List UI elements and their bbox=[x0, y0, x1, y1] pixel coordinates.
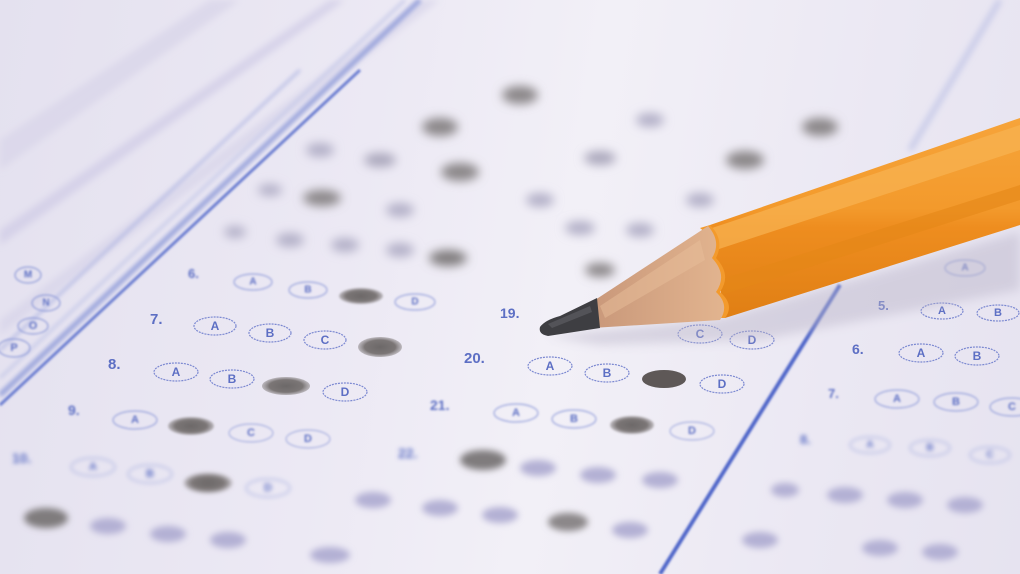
svg-text:B: B bbox=[926, 443, 933, 454]
svg-text:A: A bbox=[172, 365, 181, 379]
question-row-20: 20. A B D bbox=[464, 350, 744, 393]
svg-text:A: A bbox=[211, 319, 220, 333]
svg-text:A: A bbox=[249, 277, 256, 288]
answer-sheet-photo: M N O P bbox=[0, 0, 1020, 574]
left-letter-column bbox=[0, 0, 440, 335]
svg-text:D: D bbox=[264, 482, 272, 494]
right-question-row-7: 7. A B C bbox=[828, 386, 1020, 416]
svg-text:10.: 10. bbox=[12, 450, 31, 466]
svg-text:B: B bbox=[603, 366, 612, 380]
svg-text:D: D bbox=[411, 297, 418, 308]
svg-text:B: B bbox=[304, 285, 311, 296]
svg-text:6.: 6. bbox=[188, 266, 199, 281]
svg-text:N: N bbox=[42, 298, 49, 309]
svg-text:7.: 7. bbox=[150, 311, 163, 328]
svg-text:B: B bbox=[570, 413, 578, 425]
svg-text:A: A bbox=[866, 440, 873, 451]
svg-text:8.: 8. bbox=[108, 356, 121, 373]
svg-text:D: D bbox=[304, 433, 312, 445]
svg-text:B: B bbox=[952, 396, 960, 408]
svg-text:9.: 9. bbox=[68, 402, 80, 418]
svg-text:B: B bbox=[973, 349, 982, 363]
question-row-21: 21. A B D bbox=[430, 397, 714, 440]
svg-text:C: C bbox=[1008, 401, 1016, 413]
svg-text:A: A bbox=[917, 346, 926, 360]
filled-bubble bbox=[358, 337, 402, 357]
svg-text:B: B bbox=[228, 372, 237, 386]
question-row-6: 6. A B D bbox=[188, 266, 435, 310]
svg-text:A: A bbox=[512, 407, 520, 419]
question-label-22: 22. bbox=[398, 445, 417, 461]
svg-text:21.: 21. bbox=[430, 397, 449, 413]
svg-text:B: B bbox=[994, 307, 1002, 319]
svg-text:D: D bbox=[341, 385, 350, 399]
svg-text:7.: 7. bbox=[828, 386, 839, 401]
svg-text:B: B bbox=[266, 326, 275, 340]
svg-text:B: B bbox=[146, 468, 154, 480]
svg-text:O: O bbox=[29, 320, 38, 332]
svg-text:P: P bbox=[10, 342, 17, 354]
filled-bubble bbox=[262, 377, 310, 395]
right-question-row-8: 8. A B C bbox=[800, 432, 1010, 463]
question-row-10: 10. A B D bbox=[12, 450, 290, 497]
question-row-8: 8. A B D bbox=[108, 356, 367, 401]
svg-text:A: A bbox=[89, 461, 97, 473]
right-question-row-6: 6. A B bbox=[852, 341, 999, 365]
question-row-9: 9. A C D bbox=[68, 402, 330, 448]
svg-text:A: A bbox=[131, 414, 139, 426]
svg-text:C: C bbox=[986, 450, 993, 461]
svg-text:C: C bbox=[321, 333, 330, 347]
svg-text:M: M bbox=[24, 270, 32, 281]
svg-text:20.: 20. bbox=[464, 350, 485, 367]
svg-text:6.: 6. bbox=[852, 341, 864, 357]
svg-text:8.: 8. bbox=[800, 432, 811, 447]
svg-text:19.: 19. bbox=[500, 305, 519, 321]
svg-text:C: C bbox=[247, 427, 255, 439]
filled-bubble bbox=[642, 370, 686, 388]
svg-text:A: A bbox=[938, 305, 946, 317]
scene-graphics: M N O P bbox=[0, 0, 1020, 574]
question-row-7: 7. A B C bbox=[150, 311, 402, 357]
svg-text:A: A bbox=[546, 359, 555, 373]
svg-text:A: A bbox=[893, 393, 901, 405]
svg-text:D: D bbox=[718, 377, 727, 391]
svg-text:D: D bbox=[688, 425, 696, 437]
left-column-rules bbox=[0, 0, 420, 405]
